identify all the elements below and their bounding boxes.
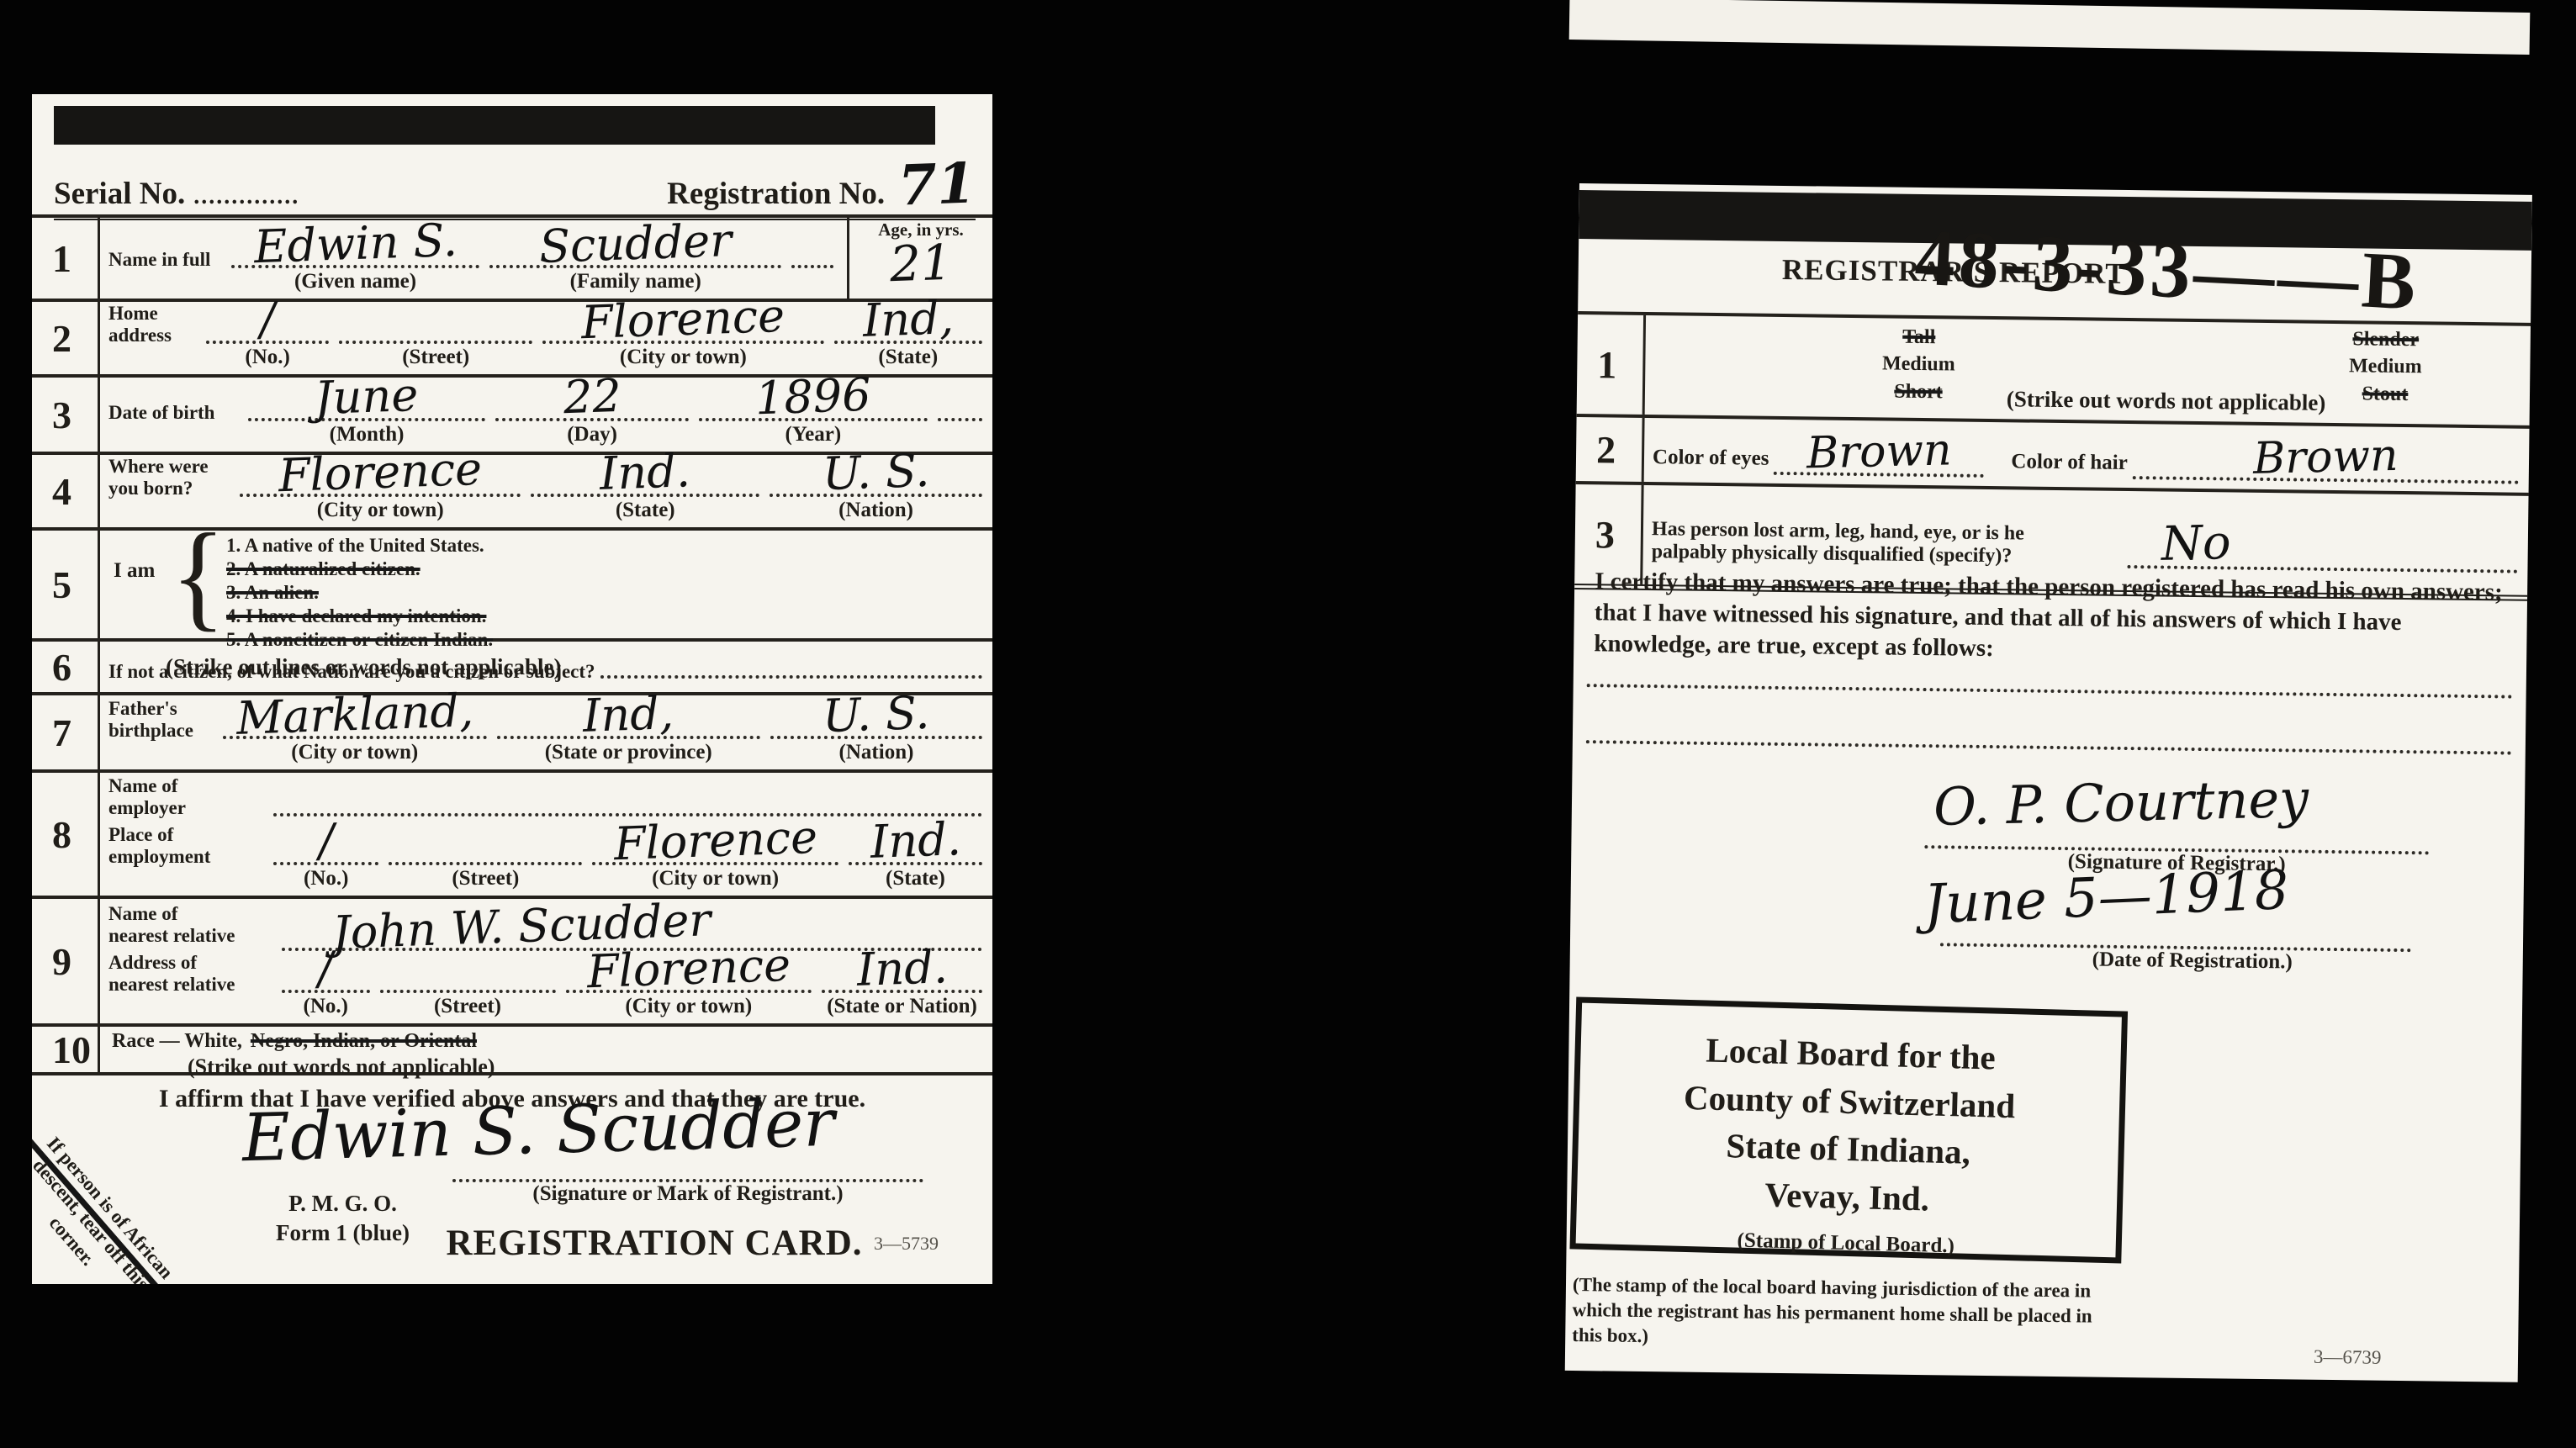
registrars-report-back: REGISTRAR'S REPORT 48-3-33——B 1 Tall Med… [1565,183,2532,1382]
registration-card-title: REGISTRATION CARD. [394,1223,915,1264]
name-in-full-label: Name in full [108,249,226,270]
row-name-in-full: 1 Name in full Edwin S. (Given name) Scu… [32,218,992,302]
report-rows: 1 Tall Medium Short Slender Medium Stout… [1574,311,2531,601]
row-number: 3 [32,378,100,452]
disqualification-field: No [2127,521,2518,573]
nation-citizen-label: If not a citizen, of what Nation are you… [108,661,595,682]
row-nearest-relative: 9 Name of nearest relative John W. Scudd… [32,899,992,1027]
registration-no-label: Registration No. [667,176,885,212]
color-of-hair-label: Color of hair [2011,450,2128,474]
home-address-label-1: Home [108,303,201,324]
disqualification-label: Has person lost arm, leg, hand, eye, or … [1651,518,2123,568]
citizenship-option-naturalized: 2. A naturalized citizen. [226,558,992,581]
age-value: 21 [889,240,953,288]
place-label-1: Place of [108,824,268,845]
local-board-stamp-box: Local Board for the County of Switzerlan… [1569,996,2128,1263]
relative-name-label-2: nearest relative [108,925,277,946]
relative-name-label-1: Name of [108,903,277,924]
brace-glyph: { [171,516,225,637]
row-number: 1 [1577,314,1646,415]
birth-year-value: 1896 [754,373,871,420]
row-number: 1 [32,218,100,299]
registration-date-sub: (Date of Registration.) [2007,947,2378,975]
given-name-field: Edwin S. (Given name) [231,222,479,299]
color-of-eyes-label: Color of eyes [1653,446,1769,470]
birth-month-field: June (Month) [248,375,485,452]
address-city-field: Florence (City or town) [542,298,823,374]
form-number: 3—6739 [2314,1346,2382,1369]
row-citizenship: 5 I am { 1. A native of the United State… [32,531,992,642]
row-number: 8 [32,773,100,896]
pmgo-form-note: P. M. G. O. Form 1 (blue) [276,1189,410,1248]
registrant-signature-sub: (Signature or Mark of Registrant.) [469,1182,907,1206]
father-city-field: Markland, (City or town) [223,693,487,769]
address-city-value: Florence [581,293,786,344]
form-number: 3—5739 [874,1233,939,1255]
row-number: 4 [32,455,100,527]
where-born-label-2: you born? [108,478,235,499]
born-state-field: Ind. (State) [531,451,759,527]
registrant-signature-value: Edwin S. Scudder [241,1092,835,1171]
registration-no-value: 71 [897,156,976,212]
row-number: 2 [32,302,100,374]
fathers-birthplace-label-1: Father's [108,698,218,719]
family-name-field: Scudder (Family name) [489,222,781,299]
relative-address-label-2: nearest relative [108,974,277,995]
serial-registration-row: Serial No. .............. Registration N… [54,165,976,220]
height-options: Tall Medium Short [1855,323,1982,406]
father-state-sub: (State or province) [497,739,761,769]
relative-city-value: Florence [586,943,791,993]
disqualification-label-2: palpably physically disqualified (specif… [1651,541,2122,568]
fathers-birthplace-label-2: birthplace [108,720,218,741]
father-nation-field: U. S. (Nation) [770,693,982,769]
row-number: 5 [32,531,100,638]
hair-color-value: Brown [2253,436,2399,480]
employer-label-2: employer [108,797,268,818]
born-city-field: Florence (City or town) [240,451,521,527]
relative-no-sub: (No.) [282,993,370,1023]
registration-no-group: Registration No. 71 [667,158,976,212]
adjacent-page-edge [1569,0,2531,55]
registration-card-front: Serial No. .............. Registration N… [32,94,992,1284]
relative-city-field: Florence (City or town) [566,947,812,1023]
serial-no-group: Serial No. .............. [54,176,299,212]
home-address-label-2: address [108,325,201,346]
row-build: 1 Tall Medium Short Slender Medium Stout… [1577,314,2531,429]
pmgo-line-2: Form 1 (blue) [276,1218,410,1248]
address-no-value: / [259,297,276,341]
where-born-label-1: Where were [108,456,235,477]
build-options: Slender Medium Stout [2318,325,2453,409]
row-race: 10 Race — White, Negro, Indian, or Orien… [32,1027,992,1075]
address-state-field: Ind, (State) [834,298,982,374]
birth-year-field: 1896 (Year) [699,375,928,452]
i-am-label: I am [114,559,155,583]
address-no-field: / (No.) [206,298,329,374]
fathers-birthplace-label: Father's birthplace [108,698,218,741]
race-strike-note: (Strike out words not applicable) [188,1054,984,1080]
born-nation-value: U. S. [822,449,930,496]
hair-color-field: Brown [2133,435,2520,484]
birth-day-field: 22 (Day) [495,375,689,452]
registrar-certification-text: I certify that my answers are true; that… [1594,566,2515,671]
employment-no-field: / (No.) [273,819,378,896]
place-of-employment-label: Place of employment [108,824,268,867]
father-nation-value: U. S. [823,691,931,738]
relative-address-subrow: Address of nearest relative / (No.) (Str… [100,951,992,1023]
stamp-placement-instruction: (The stamp of the local board having jur… [1572,1272,2119,1355]
disqualification-value: No [2161,521,2231,567]
employment-state-value: Ind. [870,817,962,864]
race-label: Race — White, [112,1030,242,1053]
relative-address-label-1: Address of [108,952,277,973]
age-box: Age, in yrs. 21 [847,218,992,299]
relative-street-sub: (Street) [380,993,556,1023]
registrar-signature-value: O. P. Courtney [1933,774,2309,832]
employment-no-sub: (No.) [273,865,378,896]
father-state-value: Ind, [582,691,674,737]
build-option-medium: Medium [2318,352,2452,381]
citizenship-option-alien: 3. An alien. [226,581,992,605]
employment-street-field: (Street) [389,847,582,896]
relative-address-label: Address of nearest relative [108,952,277,995]
name-filler-field [791,255,833,299]
relative-street-field: (Street) [380,975,556,1023]
place-label-2: employment [108,846,268,867]
row-fathers-birthplace: 7 Father's birthplace Markland, (City or… [32,695,992,773]
registration-date-value: June 5—1918 [1923,865,2290,931]
where-born-label: Where were you born? [108,456,235,499]
nation-citizen-blank [600,672,982,679]
home-address-label: Home address [108,303,201,346]
employment-state-field: Ind. (State) [849,819,982,896]
row-number: 7 [32,695,100,769]
build-option-slender: Slender [2319,325,2453,354]
scanned-document-page: Serial No. .............. Registration N… [0,0,2576,1448]
eyes-color-field: Brown [1774,430,1985,477]
height-option-short: Short [1855,378,1981,406]
tear-off-corner-note: If person is of African descent, tear of… [32,1128,182,1284]
birth-day-value: 22 [563,374,622,420]
born-city-value: Florence [278,447,483,497]
row-number: 10 [32,1027,100,1072]
serial-no-blank: .............. [193,183,299,210]
family-name-value: Scudder [538,219,733,268]
employment-city-field: Florence (City or town) [592,819,838,896]
date-of-birth-label: Date of birth [108,402,243,423]
place-of-employment-subrow: Place of employment / (No.) (Street) [100,823,992,896]
citizenship-option-native: 1. A native of the United States. [226,534,992,558]
employment-street-sub: (Street) [389,865,582,896]
born-state-value: Ind. [599,449,691,495]
father-nation-sub: (Nation) [770,739,982,769]
born-nation-field: U. S. (Nation) [770,451,982,527]
redaction-bar [54,106,935,145]
strike-out-note: (Strike out words not applicable) [2007,386,2326,416]
row-employment: 8 Name of employer Place of employment [32,773,992,899]
father-city-value: Markland, [235,689,474,740]
birth-month-value: June [315,373,420,420]
relative-state-value: Ind. [856,945,949,991]
relative-no-value: / [317,946,334,990]
pmgo-line-1: P. M. G. O. [276,1189,410,1218]
relative-name-label: Name of nearest relative [108,903,277,946]
employer-label-1: Name of [108,775,268,796]
row-date-of-birth: 3 Date of birth June (Month) 22 (Day) 18… [32,378,992,455]
eyes-color-value: Brown [1806,430,1952,474]
row-home-address: 2 Home address / (No.) (Street) [32,302,992,378]
board-stamp-caption: (Stamp of Local Board.) [1575,1225,2116,1263]
born-nation-sub: (Nation) [770,497,982,527]
row-number: 2 [1576,417,1645,482]
relative-state-sub: (State or Nation) [822,993,982,1023]
born-state-sub: (State) [531,497,759,527]
employment-city-value: Florence [613,815,818,865]
height-option-medium: Medium [1855,350,1981,378]
race-struck-options: Negro, Indian, or Oriental [251,1030,477,1053]
build-option-stout: Stout [2318,380,2452,409]
row-nation-citizen: 6 If not a citizen, of what Nation are y… [32,642,992,695]
address-no-sub: (No.) [206,344,329,374]
address-street-field: (Street) [339,325,532,374]
form-rows: 1 Name in full Edwin S. (Given name) Scu… [32,214,992,1075]
row-number: 6 [32,642,100,692]
employment-state-sub: (State) [849,865,982,896]
height-option-tall: Tall [1856,323,1982,351]
employer-subrow: Name of employer [100,773,992,823]
exception-blank-line-1 [1587,684,2513,698]
employment-no-value: / [318,818,335,862]
father-state-field: Ind, (State or province) [497,693,761,769]
serial-no-label: Serial No. [54,176,185,212]
row-number: 9 [32,899,100,1023]
given-name-value: Edwin S. [253,219,458,269]
birth-filler-field [938,408,982,452]
row-eyes-hair: 2 Color of eyes Brown Color of hair Brow… [1576,417,2530,496]
citizenship-option-declared: 4. I have declared my intention. [226,605,992,628]
citizenship-options: 1. A native of the United States. 2. A n… [226,534,992,652]
exception-blank-line-2 [1586,740,2512,754]
employer-label: Name of employer [108,775,268,818]
address-state-value: Ind, [862,296,955,342]
relative-state-field: Ind. (State or Nation) [822,947,982,1023]
